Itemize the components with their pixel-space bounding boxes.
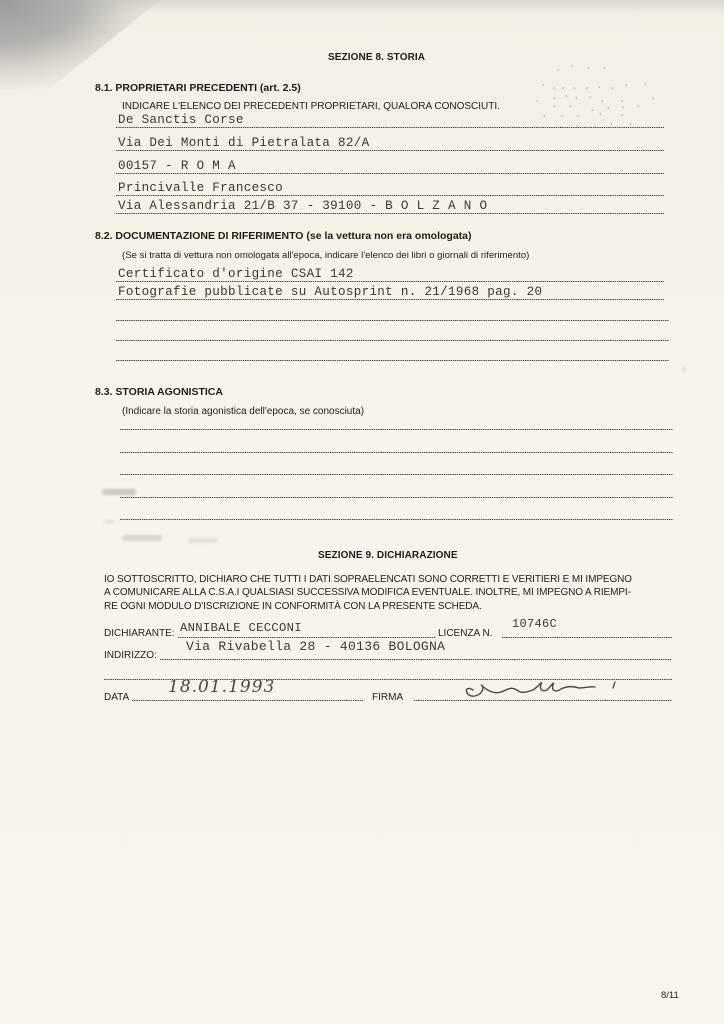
dotted-line <box>116 173 664 174</box>
section-9-title: SEZIONE 9. DICHIARAZIONE <box>318 550 458 561</box>
section-8-2-instruction: (Se si tratta di vettura non omologata a… <box>122 250 529 261</box>
reference-doc-line-1: Certificato d'origine CSAI 142 <box>118 267 354 281</box>
section-8-3-heading: 8.3. STORIA AGONISTICA <box>95 386 223 398</box>
ink-smudge <box>188 538 218 543</box>
dotted-line <box>116 150 664 151</box>
data-label: DATA <box>104 692 129 703</box>
section-8-3-instruction: (Indicare la storia agonistica dell'epoc… <box>122 406 364 417</box>
licenza-value: 10746C <box>512 617 557 631</box>
dotted-line <box>120 474 673 475</box>
section-8-title: SEZIONE 8. STORIA <box>328 52 425 63</box>
ink-smudge <box>104 520 114 523</box>
licenza-label: LICENZA N. <box>438 628 492 639</box>
indirizzo-label: INDIRIZZO: <box>104 650 157 661</box>
folded-corner-shadow <box>0 0 160 90</box>
dotted-line <box>116 340 669 341</box>
dotted-line <box>120 429 673 430</box>
dotted-line <box>120 497 673 498</box>
declaration-line-3: RE OGNI MODULO D'ISCRIZIONE IN CONFORMIT… <box>104 600 482 614</box>
section-8-1-instruction: INDICARE L'ELENCO DEI PRECEDENTI PROPRIE… <box>122 101 500 112</box>
page-number: 8/11 <box>661 990 679 1001</box>
dotted-line <box>120 452 673 453</box>
dotted-line <box>116 299 664 300</box>
previous-owner-line-1: De Sanctis Corse <box>118 113 244 127</box>
ink-smudge <box>122 535 162 541</box>
dotted-line <box>502 637 672 638</box>
data-value: 18.01.1993 <box>168 677 275 697</box>
previous-owner-line-4: Princivalle Francesco <box>118 181 283 195</box>
previous-owner-line-3: 00157 - R O M A <box>118 159 236 173</box>
dotted-line <box>116 213 664 214</box>
section-8-1-heading: 8.1. PROPRIETARI PRECEDENTI (art. 2.5) <box>95 82 301 94</box>
section-8-2-heading: 8.2. DOCUMENTAZIONE DI RIFERIMENTO (se l… <box>95 230 472 242</box>
dotted-line <box>116 360 669 361</box>
dotted-line <box>116 195 664 196</box>
dotted-line <box>116 127 664 128</box>
dotted-line <box>160 659 672 660</box>
signature-mark <box>455 676 635 704</box>
dichiarante-value: ANNIBALE CECCONI <box>180 621 302 635</box>
declaration-line-2: A COMUNICARE ALLA C.S.A.I QUALSIASI SUCC… <box>104 586 631 600</box>
firma-label: FIRMA <box>372 692 403 703</box>
form-page: SEZIONE 8. STORIA 8.1. PROPRIETARI PRECE… <box>0 0 724 1024</box>
dichiarante-label: DICHIARANTE: <box>104 628 175 639</box>
reference-doc-line-2: Fotografie pubblicate su Autosprint n. 2… <box>118 285 542 299</box>
declaration-line-1: IO SOTTOSCRITTO, DICHIARO CHE TUTTI I DA… <box>104 573 632 587</box>
dotted-line <box>132 700 364 701</box>
previous-owner-line-2: Via Dei Monti di Pietralata 82/A <box>118 136 369 150</box>
dotted-line <box>120 519 673 520</box>
ink-smudge <box>102 489 136 495</box>
dotted-line <box>116 320 669 321</box>
dotted-line <box>116 281 664 282</box>
indirizzo-value: Via Rivabella 28 - 40136 BOLOGNA <box>186 639 445 654</box>
ink-speck <box>682 367 686 371</box>
previous-owner-line-5: Via Alessandria 21/B 37 - 39100 - B O L … <box>118 199 487 213</box>
dotted-line <box>178 637 436 638</box>
